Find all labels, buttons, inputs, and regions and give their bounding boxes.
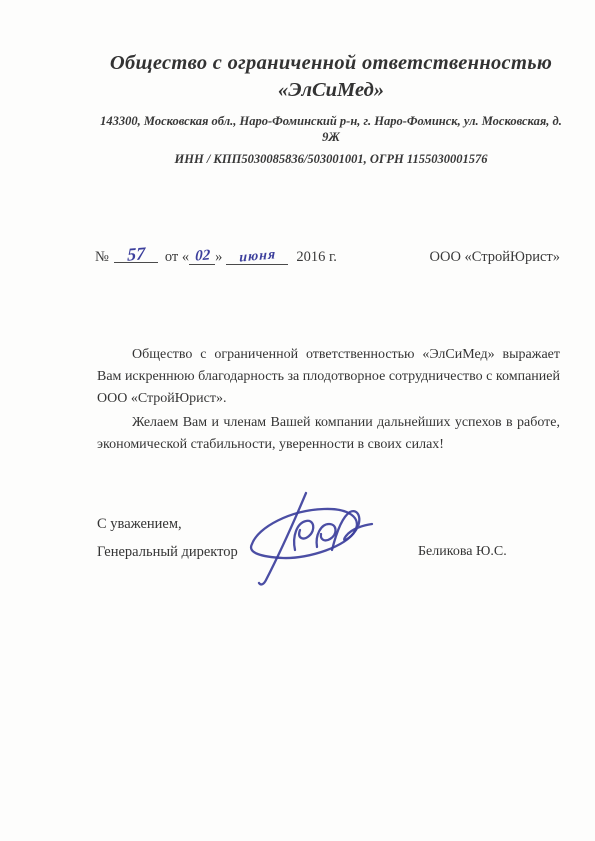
month-slot: июня bbox=[226, 246, 288, 265]
signature-scribble-icon bbox=[235, 487, 375, 587]
signer-name: Беликова Ю.С. bbox=[418, 538, 507, 566]
doc-number-slot: 57 bbox=[114, 244, 158, 263]
letterhead: Общество с ограниченной ответственностью… bbox=[97, 50, 565, 167]
letter-body: Общество с ограниченной ответственностью… bbox=[97, 344, 560, 456]
from-label: от bbox=[165, 249, 178, 265]
handwritten-month: июня bbox=[239, 244, 276, 269]
recipient-name: ООО «СтройЮрист» bbox=[430, 246, 560, 268]
day-slot: 02 bbox=[189, 246, 215, 265]
body-paragraph-1: Общество с ограниченной ответственностью… bbox=[97, 344, 560, 410]
org-registration-line: ИНН / КПП5030085836/503001001, ОГРН 1155… bbox=[97, 151, 565, 167]
body-paragraph-2: Желаем Вам и членам Вашей компании дальн… bbox=[97, 412, 560, 456]
reference-row: №57от «02»июня2016 г. ООО «СтройЮрист» bbox=[95, 244, 560, 268]
reference-left-group: №57от «02»июня2016 г. bbox=[95, 244, 337, 268]
day-open-quote: « bbox=[182, 249, 189, 265]
year-text: 2016 г. bbox=[296, 249, 337, 265]
handwritten-day: 02 bbox=[195, 244, 210, 267]
handwritten-doc-number: 57 bbox=[127, 242, 145, 266]
letter-page: Общество с ограниченной ответственностью… bbox=[0, 0, 595, 841]
org-type-line: Общество с ограниченной ответственностью bbox=[97, 50, 565, 77]
org-address-line: 143300, Московская обл., Наро-Фоминский … bbox=[97, 113, 565, 145]
day-close-quote: » bbox=[215, 249, 222, 265]
org-name-line: «ЭлСиМед» bbox=[97, 77, 565, 103]
doc-number-label: № bbox=[95, 249, 109, 265]
